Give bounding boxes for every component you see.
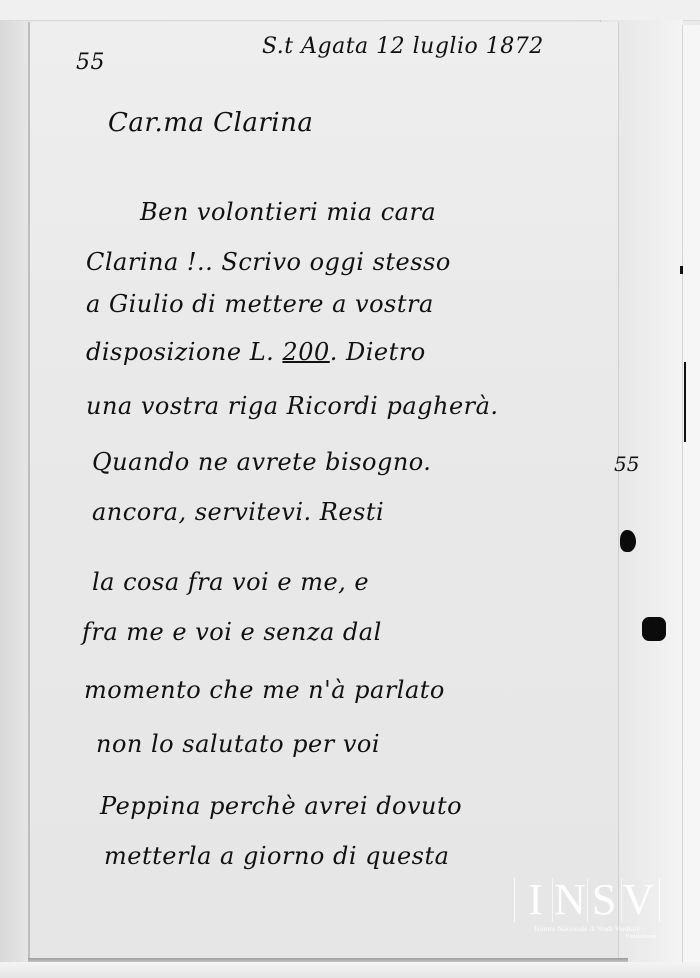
watermark-subtitle: Fondazione bbox=[514, 933, 660, 940]
body-line-11: non lo salutato per voi bbox=[96, 730, 380, 758]
body-line-1: Ben volontieri mia cara bbox=[140, 198, 436, 226]
body-line-2: Clarina !.. Scrivo oggi stesso bbox=[86, 248, 451, 276]
body-line-12: Peppina perchè avrei dovuto bbox=[100, 792, 462, 820]
scan-top-edge bbox=[0, 0, 700, 21]
watermark-letter: N bbox=[553, 878, 587, 922]
body-line-3: a Giulio di mettere a vostra bbox=[86, 290, 434, 318]
body-line-9: fra me e voi e senza dal bbox=[82, 618, 382, 646]
body-line-5: una vostra riga Ricordi pagherà. bbox=[86, 392, 499, 420]
watermark-letter: S bbox=[588, 878, 622, 922]
place-date: S.t Agata 12 luglio 1872 bbox=[262, 34, 544, 59]
body-line-4: disposizione L. 200. Dietro bbox=[86, 338, 426, 366]
stamp-mark-icon bbox=[642, 617, 666, 641]
margin-stroke bbox=[684, 362, 686, 442]
folio-number: 55 bbox=[76, 50, 105, 75]
watermark-institution: Istituto Nazionale di Studi Verdiani bbox=[514, 924, 660, 933]
watermark-letter: V bbox=[622, 878, 655, 922]
body-line-8: la cosa fra voi e me, e bbox=[92, 568, 369, 596]
body-line-10: momento che me n'à parlato bbox=[84, 676, 445, 704]
underlying-sheet-edge bbox=[682, 25, 700, 965]
body-line-13: metterla a giorno di questa bbox=[104, 842, 449, 870]
ink-blot-icon bbox=[620, 530, 636, 552]
underlined-amount: 200 bbox=[282, 338, 329, 366]
scan-bottom-edge bbox=[0, 962, 700, 978]
salutation: Car.ma Clarina bbox=[108, 108, 313, 138]
watermark-logo: I N S V bbox=[514, 878, 660, 922]
margin-tick bbox=[680, 266, 683, 274]
body-line-6: Quando ne avrete bisogno. bbox=[92, 448, 431, 476]
insv-watermark: I N S V Istituto Nazionale di Studi Verd… bbox=[514, 878, 660, 938]
watermark-letter: I bbox=[519, 878, 553, 922]
body-line-7: ancora, servitevi. Resti bbox=[92, 498, 384, 526]
right-folio-number: 55 bbox=[614, 452, 639, 476]
